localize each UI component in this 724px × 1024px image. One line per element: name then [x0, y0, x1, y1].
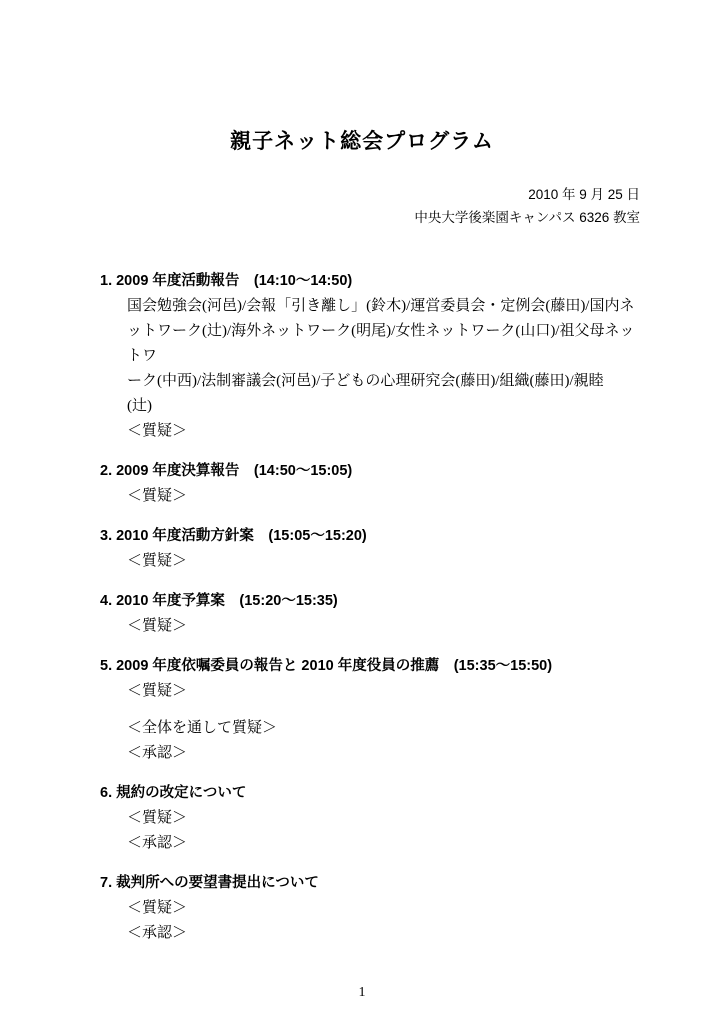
agenda-section-5: 5. 2009 年度依嘱委員の報告と 2010 年度役員の推薦 (15:35～1… [100, 654, 646, 766]
agenda-line: ＜承認＞ [100, 921, 646, 946]
page-number: 1 [0, 985, 724, 1000]
agenda-line: ＜質疑＞ [100, 806, 646, 831]
section-heading: 5. 2009 年度依嘱委員の報告と 2010 年度役員の推薦 (15:35～1… [100, 654, 646, 679]
meeting-venue: 中央大学後楽園キャンパス 6326 教室 [0, 206, 640, 229]
agenda-section-7: 7. 裁判所への要望書提出について ＜質疑＞ ＜承認＞ [100, 871, 646, 946]
agenda: 1. 2009 年度活動報告 (14:10～14:50) 国会勉強会(河邑)/会… [100, 269, 646, 946]
agenda-line: ＜承認＞ [100, 741, 646, 766]
agenda-line: ットワーク(辻)/海外ネットワーク(明尾)/女性ネットワーク(山口)/祖父母ネッ… [100, 319, 646, 369]
agenda-line: ＜質疑＞ [100, 419, 646, 444]
section-heading: 7. 裁判所への要望書提出について [100, 871, 646, 896]
agenda-line: ＜全体を通して質疑＞ [100, 716, 646, 741]
agenda-line: ＜質疑＞ [100, 896, 646, 921]
section-heading: 1. 2009 年度活動報告 (14:10～14:50) [100, 269, 646, 294]
agenda-section-4: 4. 2010 年度予算案 (15:20～15:35) ＜質疑＞ [100, 589, 646, 639]
meeting-date: 2010 年 9 月 25 日 [0, 183, 640, 206]
agenda-line: (辻) [100, 394, 646, 419]
agenda-line: ＜承認＞ [100, 831, 646, 856]
agenda-line: 国会勉強会(河邑)/会報「引き離し」(鈴木)/運営委員会・定例会(藤田)/国内ネ [100, 294, 646, 319]
section-heading: 3. 2010 年度活動方針案 (15:05～15:20) [100, 524, 646, 549]
agenda-line: ＜質疑＞ [100, 614, 646, 639]
agenda-section-1: 1. 2009 年度活動報告 (14:10～14:50) 国会勉強会(河邑)/会… [100, 269, 646, 444]
agenda-line: ＜質疑＞ [100, 484, 646, 509]
agenda-line: ＜質疑＞ [100, 679, 646, 704]
document-header-meta: 2010 年 9 月 25 日 中央大学後楽園キャンパス 6326 教室 [0, 183, 640, 229]
agenda-section-6: 6. 規約の改定について ＜質疑＞ ＜承認＞ [100, 781, 646, 856]
agenda-section-2: 2. 2009 年度決算報告 (14:50～15:05) ＜質疑＞ [100, 459, 646, 509]
section-heading: 4. 2010 年度予算案 (15:20～15:35) [100, 589, 646, 614]
section-heading: 6. 規約の改定について [100, 781, 646, 806]
agenda-line: ＜質疑＞ [100, 549, 646, 574]
page-title: 親子ネット総会プログラム [0, 0, 724, 157]
document-page: 親子ネット総会プログラム 2010 年 9 月 25 日 中央大学後楽園キャンパ… [0, 0, 724, 1024]
agenda-section-3: 3. 2010 年度活動方針案 (15:05～15:20) ＜質疑＞ [100, 524, 646, 574]
agenda-line: ーク(中西)/法制審議会(河邑)/子どもの心理研究会(藤田)/組織(藤田)/親睦 [100, 369, 646, 394]
section-heading: 2. 2009 年度決算報告 (14:50～15:05) [100, 459, 646, 484]
